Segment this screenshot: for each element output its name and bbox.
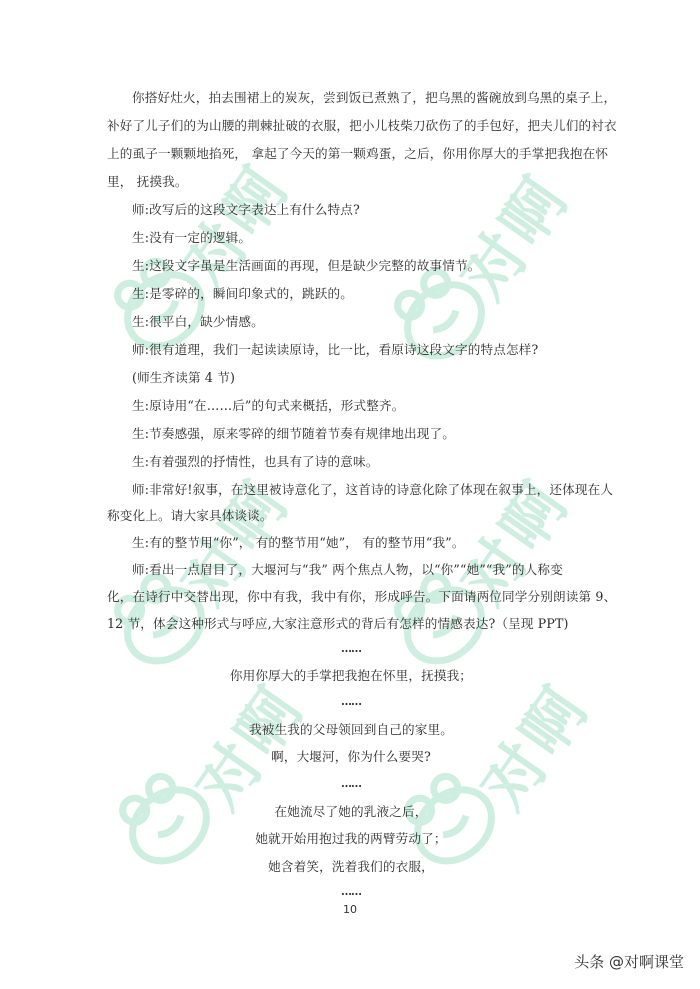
paragraph-line: 里， 抚摸我。	[107, 174, 595, 190]
poem-line: 她就开始用抱过我的两臂劳动了；	[107, 831, 595, 847]
student-line: 生:有着强烈的抒情性，也具有了诗的意味。	[107, 454, 595, 470]
student-line: 生:这段文字虽是生活画面的再现，但是缺少完整的故事情节。	[107, 258, 595, 274]
poem-line: 啊，大堰河，你为什么要哭?	[107, 749, 595, 765]
student-line: 生:原诗用“在……后”的句式来概括，形式整齐。	[107, 398, 595, 414]
poem-line: 在她流尽了她的乳液之后，	[107, 804, 595, 820]
paragraph-line: 你搭好灶火，拍去围裙上的炭灰，尝到饭已煮熟了，把乌黑的酱碗放到乌黑的桌子上，	[107, 90, 595, 106]
ellipsis: ……	[107, 694, 595, 710]
poem-line: 她含着笑，洗着我们的衣服，	[107, 859, 595, 875]
teacher-line: 化，在诗行中交替出现，你中有我，我中有你，形成呼告。下面请两位同学分别朗读第 9…	[107, 589, 595, 605]
document-page: 对啊 对啊 对啊	[0, 0, 700, 989]
student-line: 生:节奏感强，原来零碎的细节随着节奏有规律地出现了。	[107, 426, 595, 442]
teacher-line: 师:非常好!叙事，在这里被诗意化了，这首诗的诗意化除了体现在叙事上，还体现在人	[107, 482, 595, 498]
watermark-text: 对啊	[172, 665, 321, 824]
stage-direction: (师生齐读第 4 节)	[107, 370, 595, 386]
student-line: 生:没有一定的逻辑。	[107, 230, 595, 246]
teacher-line: 师:很有道理，我们一起读读原诗，比一比，看原诗这段文字的特点怎样?	[107, 342, 595, 358]
teacher-line: 师:改写后的这段文字表达上有什么特点?	[107, 202, 595, 218]
student-line: 生:有的整节用“你”， 有的整节用“她”， 有的整节用“我”。	[107, 535, 595, 551]
watermark-text: 对啊	[457, 665, 606, 824]
ellipsis: ……	[107, 641, 595, 657]
watermark-text: 对啊	[157, 145, 306, 304]
student-line: 生:是零碎的，瞬间印象式的，跳跃的。	[107, 286, 595, 302]
page-number: 10	[0, 903, 700, 916]
student-line: 生:很平白，缺少情感。	[107, 314, 595, 330]
source-credit: 头条 @对啊课堂	[574, 951, 684, 972]
ellipsis: ……	[107, 776, 595, 792]
paragraph-line: 补好了儿子们的为山腰的荆棘扯破的衣服，把小儿枝柴刀砍伤了的手包好，把夫儿们的衬衣	[107, 118, 595, 134]
ellipsis: ……	[107, 884, 595, 900]
teacher-line: 称变化上。请大家具体谈谈。	[107, 508, 595, 524]
teacher-line: 师:看出一点眉目了，大堰河与“我” 两个焦点人物，以“你”“她”“我”的人称变	[107, 562, 595, 578]
poem-line: 我被生我的父母领回到自己的家里。	[107, 722, 595, 738]
poem-line: 你用你厚大的手掌把我抱在怀里，抚摸我；	[107, 668, 595, 684]
paragraph-line: 上的虱子一颗颗地掐死， 拿起了今天的第一颗鸡蛋，之后，你用你厚大的手掌把我抱在怀	[107, 146, 595, 162]
teacher-line: 12 节，体会这种形式与呼应,大家注意形式的背后有怎样的情感表达?（呈现 PPT…	[107, 616, 595, 632]
